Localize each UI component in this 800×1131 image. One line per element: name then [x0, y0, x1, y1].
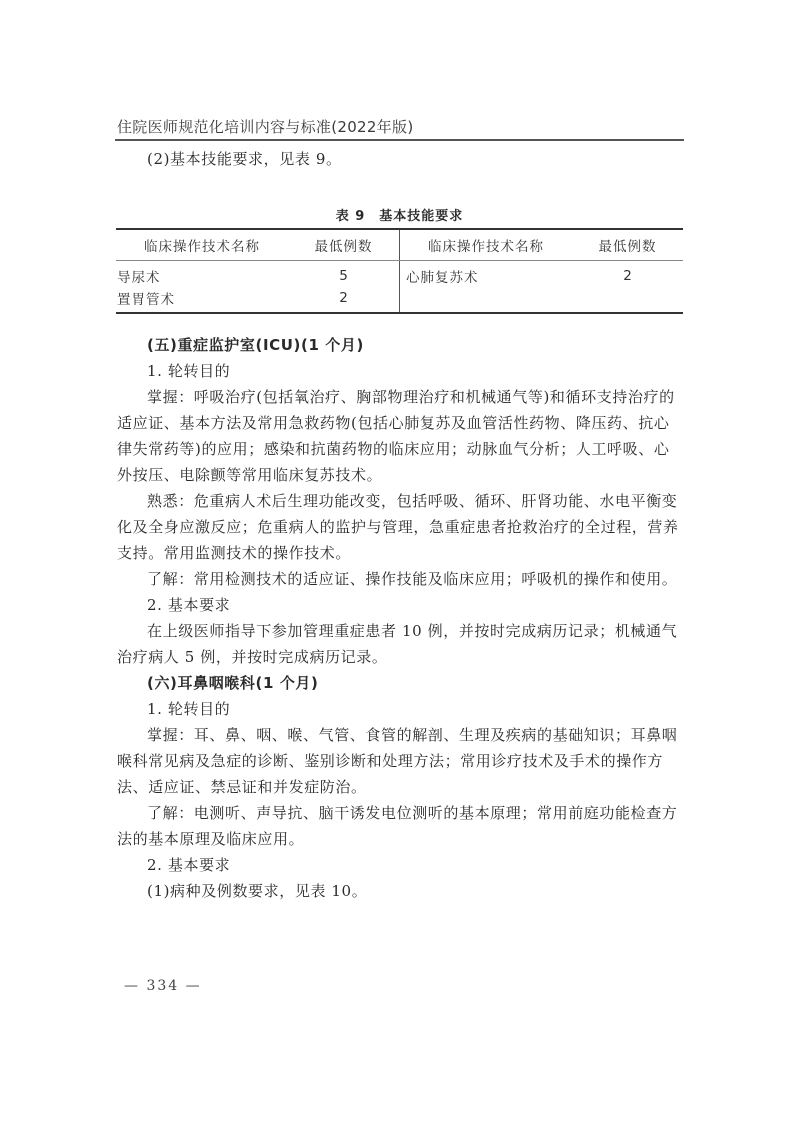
table-header-row: 临床操作技术名称 最低例数 临床操作技术名称 最低例数: [116, 229, 683, 261]
section-6-subheading-1: 1. 轮转目的: [117, 696, 683, 722]
section-5-requirement: 在上级医师指导下参加管理重症患者 10 例，并按时完成病历记录；机械通气治疗病人…: [117, 618, 683, 670]
section-5-subheading-1: 1. 轮转目的: [117, 358, 683, 384]
cell-name: 心肺复苏术: [399, 261, 572, 288]
header-rule: [115, 139, 684, 141]
cell-count: [572, 287, 683, 313]
section-5-subheading-2: 2. 基本要求: [117, 592, 683, 618]
section-5-title: (五)重症监护室(ICU)(1 个月): [117, 332, 683, 358]
cell-count: 2: [572, 261, 683, 288]
section-6-title: (六)耳鼻咽喉科(1 个月): [117, 670, 683, 696]
col-header-count-right: 最低例数: [572, 229, 683, 261]
section-6-understand: 了解：电测听、声导抗、脑干诱发电位测听的基本原理；常用前庭功能检查方法的基本原理…: [117, 800, 683, 852]
table-caption: 表 9 基本技能要求: [115, 205, 684, 224]
col-header-name-right: 临床操作技术名称: [399, 229, 572, 261]
page-number: — 334 —: [124, 978, 202, 994]
table-row: 导尿术 5 心肺复苏术 2: [116, 261, 683, 288]
section-5-familiar: 熟悉：危重病人术后生理功能改变，包括呼吸、循环、肝肾功能、水电平衡变化及全身应激…: [117, 488, 683, 566]
cell-name: 置胃管术: [116, 287, 288, 313]
col-header-name-left: 临床操作技术名称: [116, 229, 288, 261]
cell-name: 导尿术: [116, 261, 288, 288]
cell-count: 2: [288, 287, 399, 313]
col-header-count-left: 最低例数: [288, 229, 399, 261]
intro-line: (2)基本技能要求，见表 9。: [117, 146, 683, 172]
section-6-subheading-2: 2. 基本要求: [117, 852, 683, 878]
cell-count: 5: [288, 261, 399, 288]
section-5-master: 掌握：呼吸治疗(包括氧治疗、胸部物理治疗和机械通气等)和循环支持治疗的适应证、基…: [117, 384, 683, 488]
section-5-understand: 了解：常用检测技术的适应证、操作技能及临床应用；呼吸机的操作和使用。: [117, 566, 683, 592]
table-row: 置胃管术 2: [116, 287, 683, 313]
section-6-item-1: (1)病种及例数要求，见表 10。: [117, 878, 683, 904]
cell-name: [399, 287, 572, 313]
running-head: 住院医师规范化培训内容与标准(2022年版): [117, 116, 413, 137]
skills-table: 临床操作技术名称 最低例数 临床操作技术名称 最低例数 导尿术 5 心肺复苏术 …: [116, 228, 683, 314]
section-6-master: 掌握：耳、鼻、咽、喉、气管、食管的解剖、生理及疾病的基础知识；耳鼻咽喉科常见病及…: [117, 722, 683, 800]
